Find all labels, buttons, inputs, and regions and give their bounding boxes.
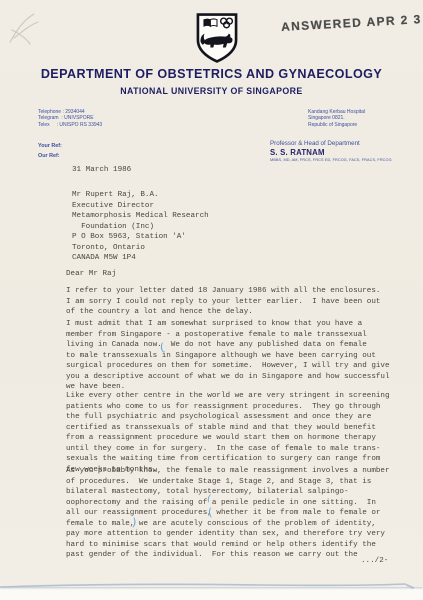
page-continuation-marker: .../2- bbox=[361, 556, 388, 567]
nus-crest-icon bbox=[195, 12, 239, 64]
pen-annotation-open-paren: ( bbox=[159, 343, 164, 353]
letter-page: ANSWERED APR 2 3 1993 DEPARTMENT OF OBST… bbox=[0, 0, 423, 587]
pen-annotation-open-paren: ( bbox=[208, 508, 213, 518]
recipient-address: Mr Rupert Raj, B.A. Executive Director M… bbox=[72, 190, 209, 264]
pencil-scribble bbox=[4, 8, 64, 52]
head-of-department-credentials: MBBS, MD, AM, FRCS, FRCS ED, FRCOG, FACS… bbox=[270, 158, 392, 162]
head-of-department-role: Professor & Head of Department bbox=[270, 140, 360, 147]
hospital-address-block: Kandang Kerbau Hospital Singapore 0821. … bbox=[308, 109, 365, 128]
paragraph-2: I must admit that I am somewhat surprise… bbox=[66, 319, 390, 393]
salutation: Dear Mr Raj bbox=[66, 269, 116, 280]
paragraph-1: I refer to your letter dated 18 January … bbox=[66, 286, 380, 318]
paragraph-3: Like every other centre in the world we … bbox=[66, 391, 390, 475]
paragraph-4: As you probably know, the female to male… bbox=[66, 466, 390, 561]
our-ref-label: Our Ref: bbox=[38, 153, 60, 159]
department-title: DEPARTMENT OF OBSTETRICS AND GYNAECOLOGY bbox=[0, 67, 423, 81]
contact-telephone-block: Telephone : 2934044 Telegram : UNIVSPORE… bbox=[38, 109, 102, 128]
answered-stamp: ANSWERED APR 2 3 1993 bbox=[281, 12, 423, 34]
letter-date: 31 March 1986 bbox=[72, 165, 131, 176]
your-ref-label: Your Ref: bbox=[38, 143, 62, 149]
head-of-department-name: S. S. RATNAM bbox=[270, 148, 325, 157]
university-subtitle: NATIONAL UNIVERSITY OF SINGAPORE bbox=[0, 86, 423, 96]
